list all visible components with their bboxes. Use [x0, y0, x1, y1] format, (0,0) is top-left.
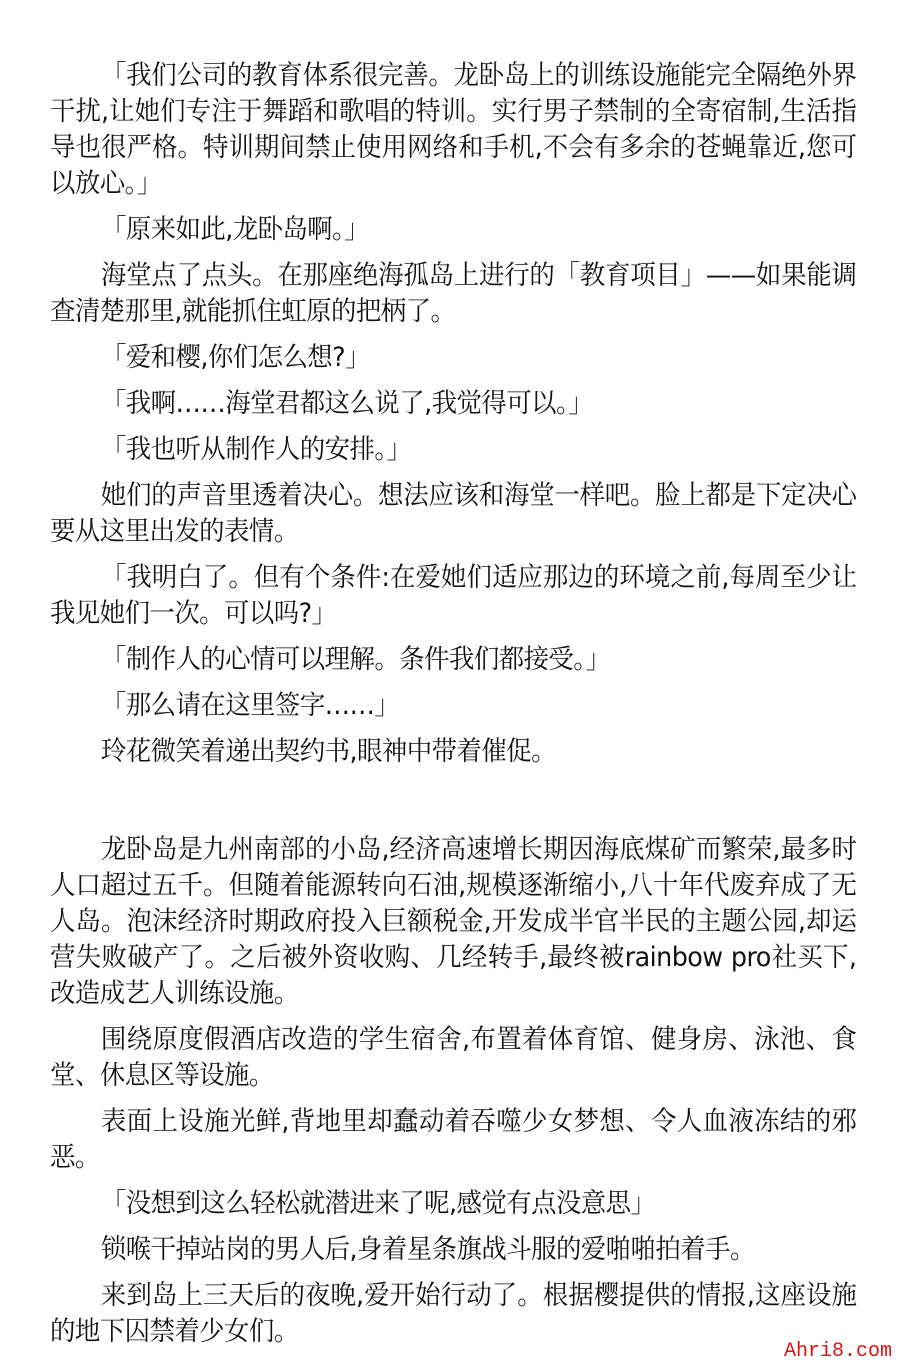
- paragraph: 「我也听从制作人的安排。」: [50, 432, 856, 468]
- document-page: 「我们公司的教育体系很完善。龙卧岛上的训练设施能完全隔绝外界干扰,让她们专注于舞…: [50, 58, 856, 1360]
- section-break: [50, 780, 856, 832]
- paragraph: 海堂点了点头。在那座绝海孤岛上进行的「教育项目」——如果能调查清楚那里,就能抓住…: [50, 258, 856, 330]
- paragraph: 玲花微笑着递出契约书,眼神中带着催促。: [50, 734, 856, 770]
- paragraph: 「制作人的心情可以理解。条件我们都接受。」: [50, 642, 856, 678]
- paragraph: 「我啊……海堂君都这么说了,我觉得可以。」: [50, 386, 856, 422]
- paragraph: 锁喉干掉站岗的男人后,身着星条旗战斗服的爱啪啪拍着手。: [50, 1232, 856, 1268]
- paragraph: 「爱和樱,你们怎么想?」: [50, 340, 856, 376]
- paragraph: 围绕原度假酒店改造的学生宿舍,布置着体育馆、健身房、泳池、食堂、休息区等设施。: [50, 1022, 856, 1094]
- paragraph: 龙卧岛是九州南部的小岛,经济高速增长期因海底煤矿而繁荣,最多时人口超过五千。但随…: [50, 832, 856, 1012]
- paragraph: 「我明白了。但有个条件:在爱她们适应那边的环境之前,每周至少让我见她们一次。可以…: [50, 560, 856, 632]
- paragraph: 来到岛上三天后的夜晚,爱开始行动了。根据樱提供的情报,这座设施的地下囚禁着少女们…: [50, 1278, 856, 1350]
- paragraph: 「我们公司的教育体系很完善。龙卧岛上的训练设施能完全隔绝外界干扰,让她们专注于舞…: [50, 58, 856, 202]
- paragraph: 她们的声音里透着决心。想法应该和海堂一样吧。脸上都是下定决心要从这里出发的表情。: [50, 478, 856, 550]
- paragraph: 「原来如此,龙卧岛啊。」: [50, 212, 856, 248]
- paragraph: 表面上设施光鲜,背地里却蠢动着吞噬少女梦想、令人血液冻结的邪恶。: [50, 1104, 856, 1176]
- paragraph: 「那么请在这里签字……」: [50, 688, 856, 724]
- watermark: Ahri8.com: [784, 1340, 892, 1363]
- paragraph: 「没想到这么轻松就潜进来了呢,感觉有点没意思」: [50, 1186, 856, 1222]
